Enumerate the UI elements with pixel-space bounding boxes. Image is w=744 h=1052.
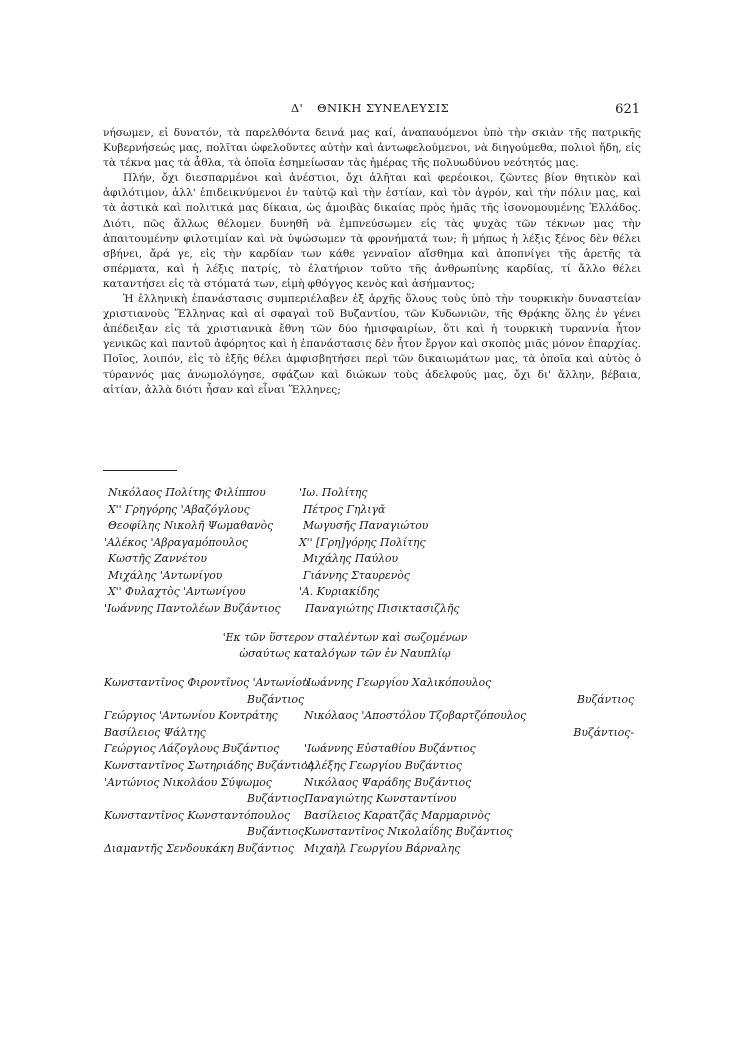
signer-name: Θεοφίλης Νικολῆ Ψωμαθανὸς <box>108 518 281 535</box>
assembly-title: ΘΝΙΚΗ ΣΥΝΕΛΕΥΣΙΣ <box>317 101 449 115</box>
name-continuation: Βυζάντιος- <box>304 725 634 742</box>
signer-name: Μιχάλης Παύλου <box>303 551 459 568</box>
nafplio-left-column: Κωνσταντῖνος Φιροντῖνος 'ΑντωνίουΒυζάντι… <box>104 675 314 858</box>
signer-name: Παναγιώτης Κωνσταντίνου <box>304 791 634 808</box>
caption-line: ὡσαύτως καταλόγων τῶν ἐν Ναυπλίῳ <box>180 646 510 662</box>
signers-right-column: 'Ιω. Πολίτης Πέτρος Γηλιγᾶ Μωγυσῆς Παναγ… <box>299 485 459 617</box>
signer-name: Γιάννης Σταυρενὸς <box>303 568 459 585</box>
list-caption: 'Εκ τῶν ὕστερον σταλέντων καὶ σωζομένων … <box>180 630 510 662</box>
signer-name: 'Α. Κυριακίδης <box>299 584 459 601</box>
signer-name: 'Ιωάννης Παντολέων Βυζάντιος <box>104 601 281 618</box>
signer-name: Κωνσταντῖνος Κωνσταντόπουλος <box>104 808 314 825</box>
signer-name: Μωγυσῆς Παναγιώτου <box>303 518 459 535</box>
signer-name: 'Αλέκος 'Αβραγαμόπουλος <box>104 535 281 552</box>
signer-name: Διαμαντῆς Σενδουκάκη Βυζάντιος <box>104 841 314 858</box>
signer-name: Βασίλειος Καρατζᾶς Μαρμαρινὸς <box>304 808 634 825</box>
signers-left-column: Νικόλαος Πολίτης Φιλίππου Χ'' Γρηγόρης '… <box>108 485 281 617</box>
signer-name: Πέτρος Γηλιγᾶ <box>303 502 459 519</box>
signer-name: Χ'' Γρηγόρης 'Αβαζόγλους <box>108 502 281 519</box>
paragraph: Πλήν, ὄχι διεσπαρμένοι καὶ ἀνέστιοι, ὄχι… <box>103 171 641 292</box>
signer-name: 'Ιω. Πολίτης <box>299 485 459 502</box>
signer-name: 'Ιωάννης Εὐσταθίου Βυζάντιος <box>304 741 634 758</box>
signer-name: 'Αντώνιος Νικολάου Σύψωμος <box>104 775 314 792</box>
signer-name: Χ'' Φυλαχτὸς 'Αντωνίγου <box>108 584 281 601</box>
name-continuation: Βυζάντιος <box>104 824 304 841</box>
signer-name: Νικόλαος Ψαράδης Βυζάντιος <box>304 775 634 792</box>
signer-name: Παναγιώτης Πισικτασιζλῆς <box>305 601 459 618</box>
signer-name: Νικόλαος Πολίτης Φιλίππου <box>108 485 281 502</box>
signer-name: 'Ιωάννης Γεωργίου Χαλικόπουλος <box>304 675 634 692</box>
nafplio-right-column: 'Ιωάννης Γεωργίου ΧαλικόπουλοςΒυζάντιοςΝ… <box>304 675 634 858</box>
name-continuation: Βυζάντιος <box>304 692 634 709</box>
signer-name: Νικόλαος 'Αποστόλου Τζοβαρτζόπουλος <box>304 708 634 725</box>
signer-name: 'Αλέξης Γεωργίου Βυζάντιος <box>304 758 634 775</box>
signer-name: Γεώργιος Λάζογλους Βυζάντιος <box>104 741 314 758</box>
signer-name: Γεώργιος 'Αντωνίου Κοντράτης <box>104 708 314 725</box>
paragraph: νήσωμεν, εἰ δυνατόν, τὰ παρελθόντα δεινά… <box>103 126 641 171</box>
signer-name: Κωνσταντῖνος Σωτηριάδης Βυζάντιος <box>104 758 314 775</box>
signer-name: Μιχάλης 'Αντωνίγου <box>108 568 281 585</box>
separator-rule <box>103 470 177 471</box>
paragraph: Ἡ ἑλληνικὴ ἐπανάστασις συμπεριέλαβεν ἐξ … <box>103 292 641 398</box>
signer-name: Κωστῆς Ζαννέτου <box>108 551 281 568</box>
signer-name: Μιχαὴλ Γεωργίου Βάρναλης <box>304 841 634 858</box>
signer-name: Κωνσταντῖνος Φιροντῖνος 'Αντωνίου <box>104 675 314 692</box>
header-title: Δ' ΘΝΙΚΗ ΣΥΝΕΛΕΥΣΙΣ <box>100 101 640 115</box>
signer-name: Βασίλειος Ψάλτης <box>104 725 314 742</box>
running-header: Δ' ΘΝΙΚΗ ΣΥΝΕΛΕΥΣΙΣ 621 <box>100 101 640 121</box>
body-text: νήσωμεν, εἰ δυνατόν, τὰ παρελθόντα δεινά… <box>103 126 641 398</box>
section-label: Δ' <box>291 101 303 115</box>
name-continuation: Βυζάντιος <box>104 791 304 808</box>
page-number: 621 <box>615 102 640 117</box>
name-continuation: Βυζάντιος <box>104 692 304 709</box>
caption-line: 'Εκ τῶν ὕστερον σταλέντων καὶ σωζομένων <box>180 630 510 646</box>
signer-name: Κωνσταντῖνος Νικολαΐδης Βυζάντιος <box>304 824 634 841</box>
signer-name: Χ'' [Γρη]γόρης Πολίτης <box>299 535 459 552</box>
